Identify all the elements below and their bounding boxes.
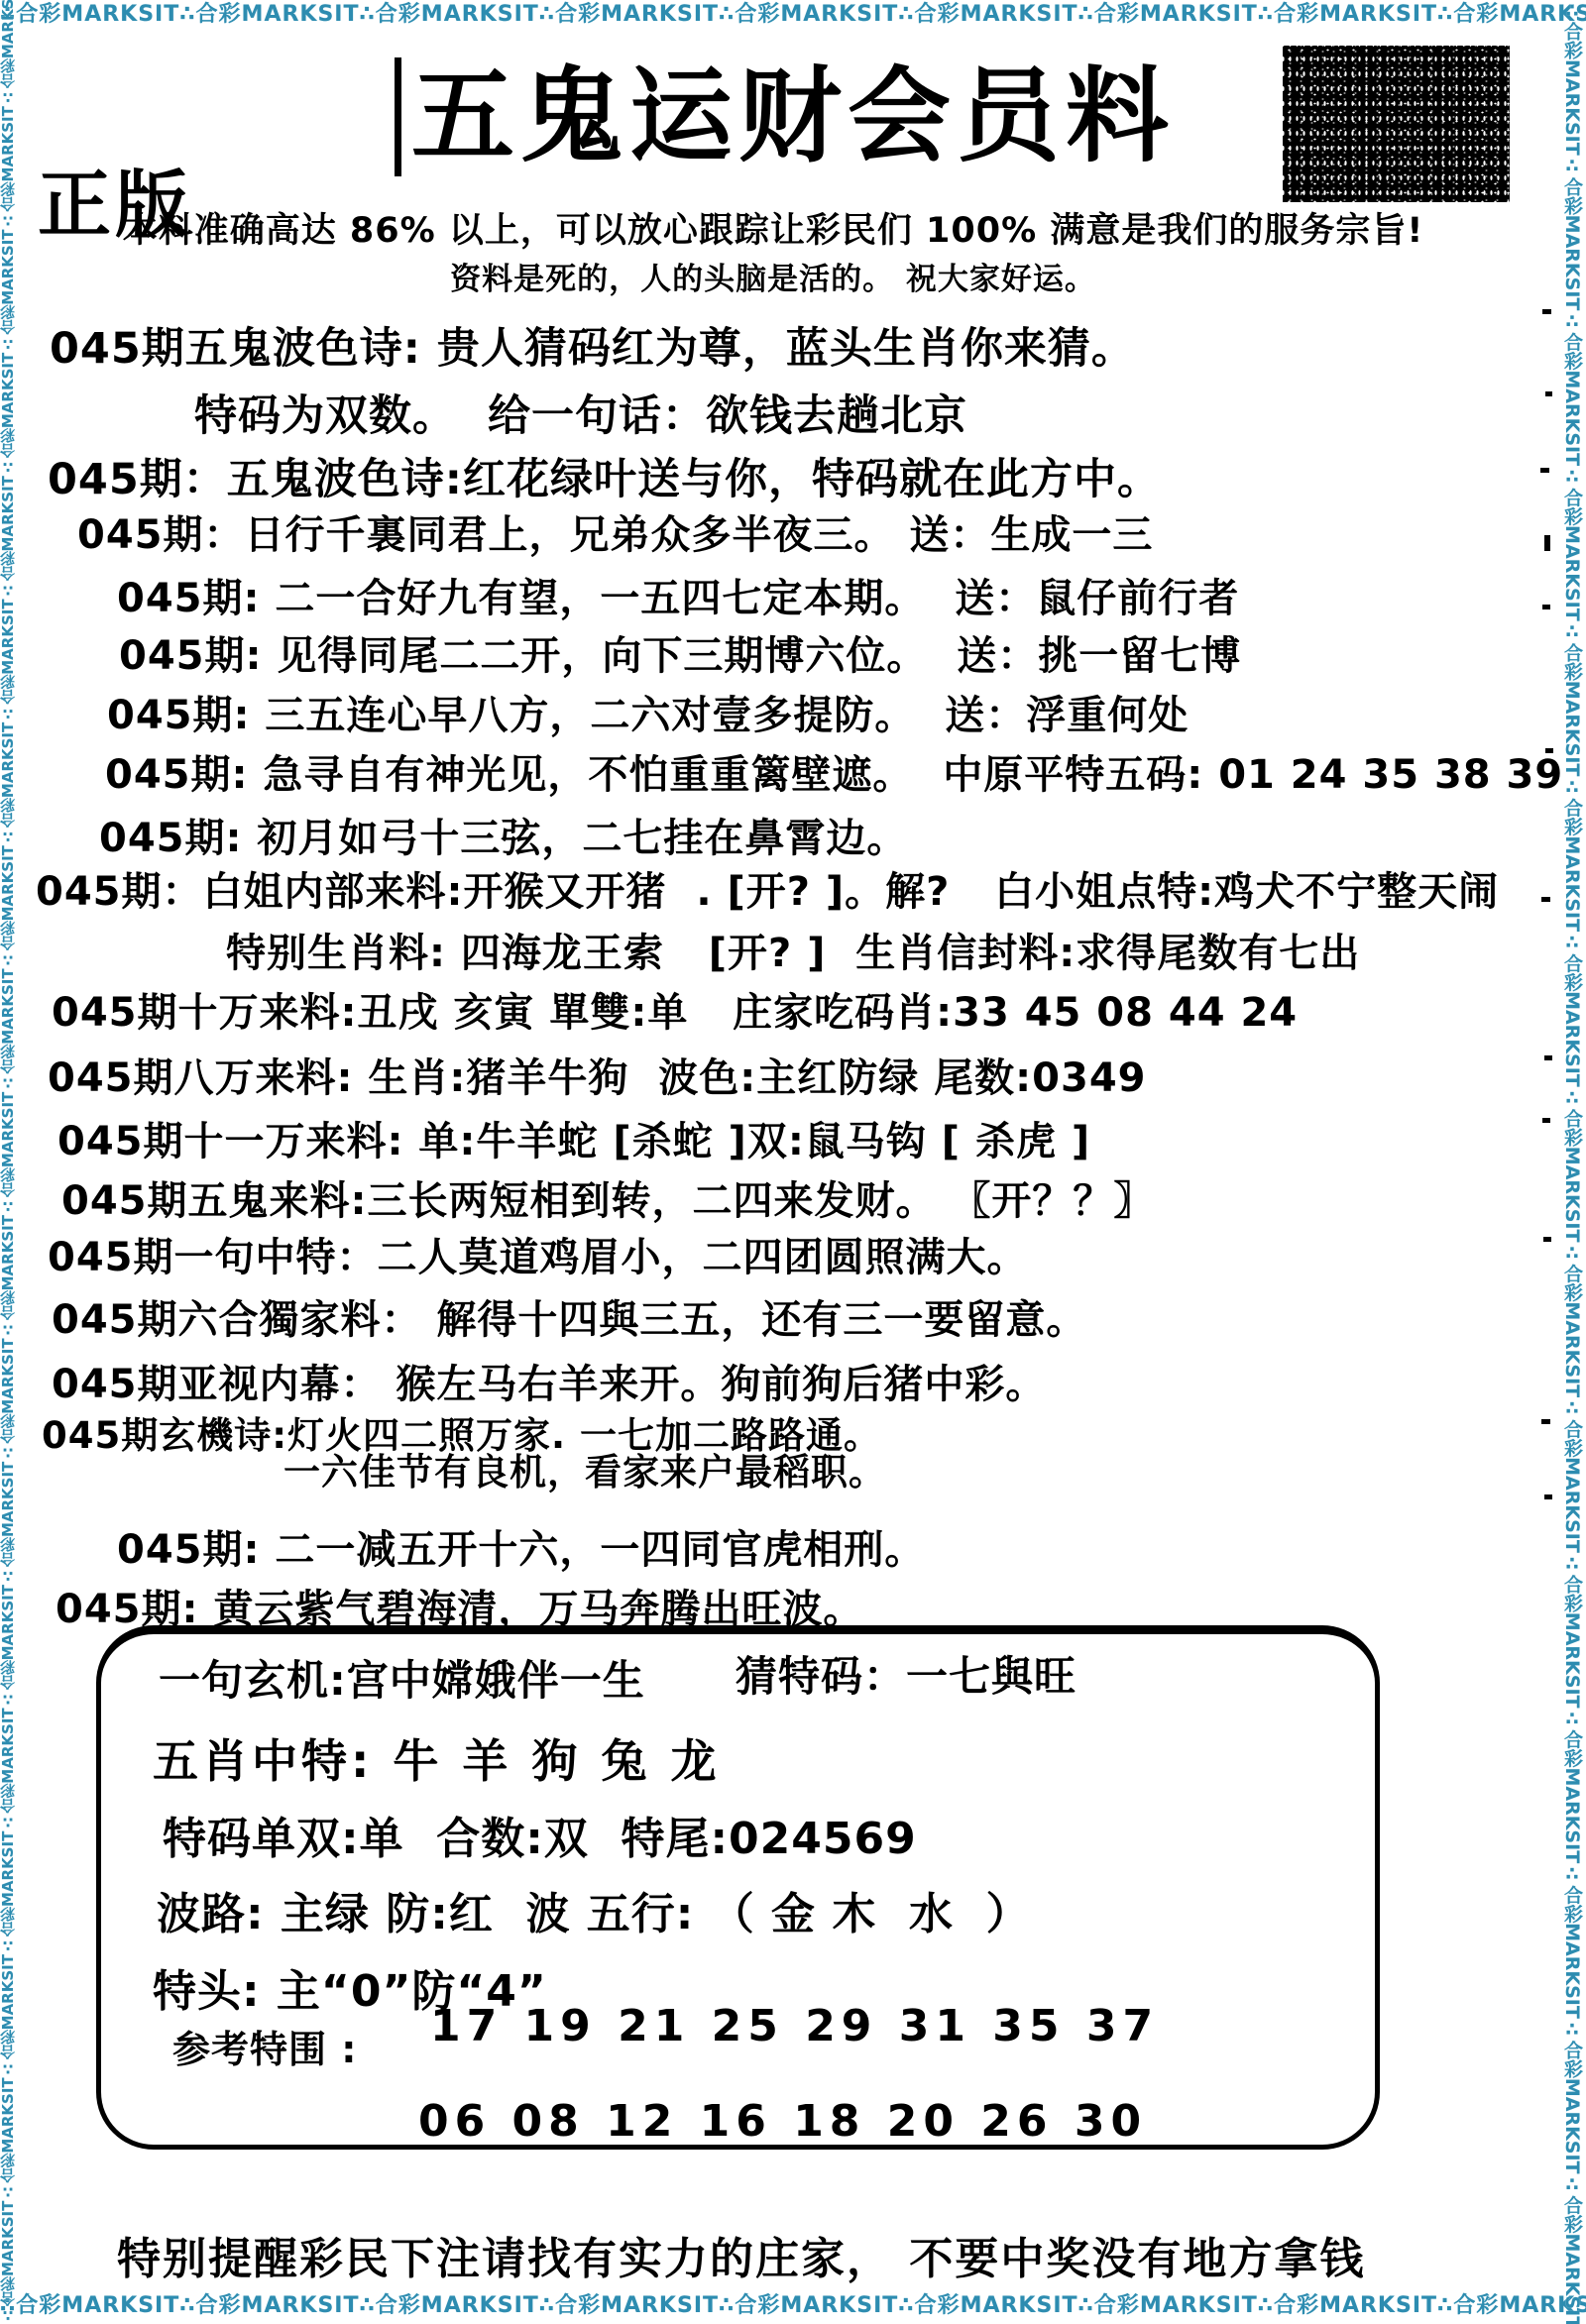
noise-mark bbox=[1542, 605, 1550, 609]
guess-special-code: 猜特码：一七與旺 bbox=[736, 1644, 1076, 1704]
noise-mark bbox=[1544, 1055, 1552, 1060]
mystery-phrase: 一句玄机:宫中嫦娥伴一生 bbox=[159, 1648, 645, 1708]
wave-line: 波路: 主绿 防:红 波 五行: （ 金 木 水 ） bbox=[157, 1878, 1031, 1941]
prediction-line: 045期十一万来料: 单:牛羊蛇 [杀蛇 ]双:鼠马钩 [ 杀虎 ] bbox=[57, 1110, 1090, 1166]
noise-mark bbox=[1541, 897, 1550, 902]
noise-mark bbox=[1545, 391, 1552, 396]
reference-numbers-row1: 17 19 21 25 29 31 35 37 bbox=[430, 2001, 1159, 2051]
noise-mark bbox=[1544, 1494, 1552, 1499]
prediction-line: 特码为双数。 给一句话：欲钱去趟北京 bbox=[194, 383, 967, 443]
watermark-border-bottom: ∴合彩MARKSIT∴合彩MARKSIT∴合彩MARKSIT∴合彩MARKSIT… bbox=[0, 2290, 1586, 2324]
prediction-line: 特别生肖料: 四海龙王索 [开? ] 生肖信封料:求得尾数有七出 bbox=[226, 922, 1360, 978]
prediction-line: 045期：白姐内部来料:开猴又开猪 . [开? ]。解? 白小姐点特:鸡犬不宁整… bbox=[36, 860, 1499, 917]
odd-even-line: 特码单双:单 合数:双 特尾:024569 bbox=[163, 1803, 917, 1866]
prediction-line: 一六佳节有良机，看家来户最稻职。 bbox=[283, 1442, 886, 1495]
prediction-line: 045期: 初月如弓十三弦，二七挂在鼻霄边。 bbox=[99, 807, 907, 863]
prediction-line: 045期：五鬼波色诗:红花绿叶送与你，特码就在此方中。 bbox=[48, 446, 1161, 506]
noise-mark bbox=[1542, 309, 1551, 314]
qr-noise-block bbox=[1283, 46, 1510, 202]
noise-mark bbox=[1540, 468, 1549, 473]
warning-line: 特别提醒彩民下注请找有实力的庄家， 不要中奖没有地方拿钱 bbox=[117, 2223, 1365, 2286]
watermark-border-top: ∴合彩MARKSIT∴合彩MARKSIT∴合彩MARKSIT∴合彩MARKSIT… bbox=[0, 0, 1586, 31]
noise-mark bbox=[1541, 1419, 1550, 1424]
prediction-line: 045期: 二一减五开十六，一四同官虎相刑。 bbox=[117, 1518, 925, 1575]
noise-mark bbox=[1543, 1237, 1551, 1242]
prediction-line: 045期：日行千裏同君上，兄弟众多半夜三。 送：生成一三 bbox=[77, 503, 1153, 560]
prediction-line: 045期: 二一合好九有望，一五四七定本期。 送：鼠仔前行者 bbox=[117, 567, 1239, 623]
prediction-line: 045期: 见得同尾二二开，向下三期博六位。 送：挑一留七博 bbox=[119, 624, 1241, 681]
prediction-line: 045期八万来料: 生肖:猪羊牛狗 波色:主红防绿 尾数:0349 bbox=[48, 1047, 1147, 1103]
prediction-line: 045期一句中特：二人莫道鸡眉小，二四团圆照满大。 bbox=[48, 1226, 1028, 1282]
noise-mark bbox=[1545, 748, 1553, 753]
prediction-line: 045期: 急寻自有神光见，不怕重重篱壁遮。 中原平特五码: 01 24 35 … bbox=[105, 743, 1563, 800]
tip-sheet-page: ∴合彩MARKSIT∴合彩MARKSIT∴合彩MARKSIT∴合彩MARKSIT… bbox=[0, 0, 1586, 2324]
reference-numbers-row2: 06 08 12 16 18 20 26 30 bbox=[418, 2096, 1147, 2147]
page-title: 五鬼运财会员料 bbox=[395, 57, 1175, 176]
prediction-line: 045期十万来料:丑戌 亥寅 單雙:单 庄家吃码肖:33 45 08 44 24 bbox=[52, 981, 1298, 1038]
prediction-line: 045期亚视内幕： 猴左马右羊来开。狗前狗后猪中彩。 bbox=[52, 1353, 1046, 1409]
prediction-line: 045期五鬼波色诗: 贵人猜码红为尊，蓝头生肖你来猜。 bbox=[50, 315, 1135, 376]
five-zodiac-line: 五肖中特: 牛 羊 狗 兔 龙 bbox=[153, 1725, 720, 1791]
prediction-line: 045期六合獨家料： 解得十四與三五，还有三一要留意。 bbox=[52, 1288, 1086, 1345]
tips-box: 一句玄机:宫中嫦娥伴一生 猜特码：一七與旺 五肖中特: 牛 羊 狗 兔 龙 特码… bbox=[96, 1625, 1380, 2150]
prediction-line: 045期: 三五连心早八方，二六对壹多提防。 送：浮重何处 bbox=[107, 684, 1189, 740]
motto-subtitle: 资料是死的，人的头脑是活的。 祝大家好运。 bbox=[0, 254, 1546, 298]
accuracy-subtitle: 本料准确高达 86% 以上，可以放心跟踪让彩民们 100% 满意是我们的服务宗旨… bbox=[0, 203, 1546, 253]
watermark-border-left: ∴合彩MARKSIT∴合彩MARKSIT∴合彩MARKSIT∴合彩MARKSIT… bbox=[0, 0, 17, 2324]
prediction-line: 045期五鬼来料:三长两短相到转，二四来发财。 〖开？？〗 bbox=[61, 1169, 1154, 1226]
noise-mark bbox=[1544, 535, 1550, 551]
watermark-border-right: ∴合彩MARKSIT∴合彩MARKSIT∴合彩MARKSIT∴合彩MARKSIT… bbox=[1557, 0, 1586, 2324]
noise-mark bbox=[1542, 1118, 1550, 1123]
reference-label: 参考特围 : bbox=[172, 2019, 357, 2073]
